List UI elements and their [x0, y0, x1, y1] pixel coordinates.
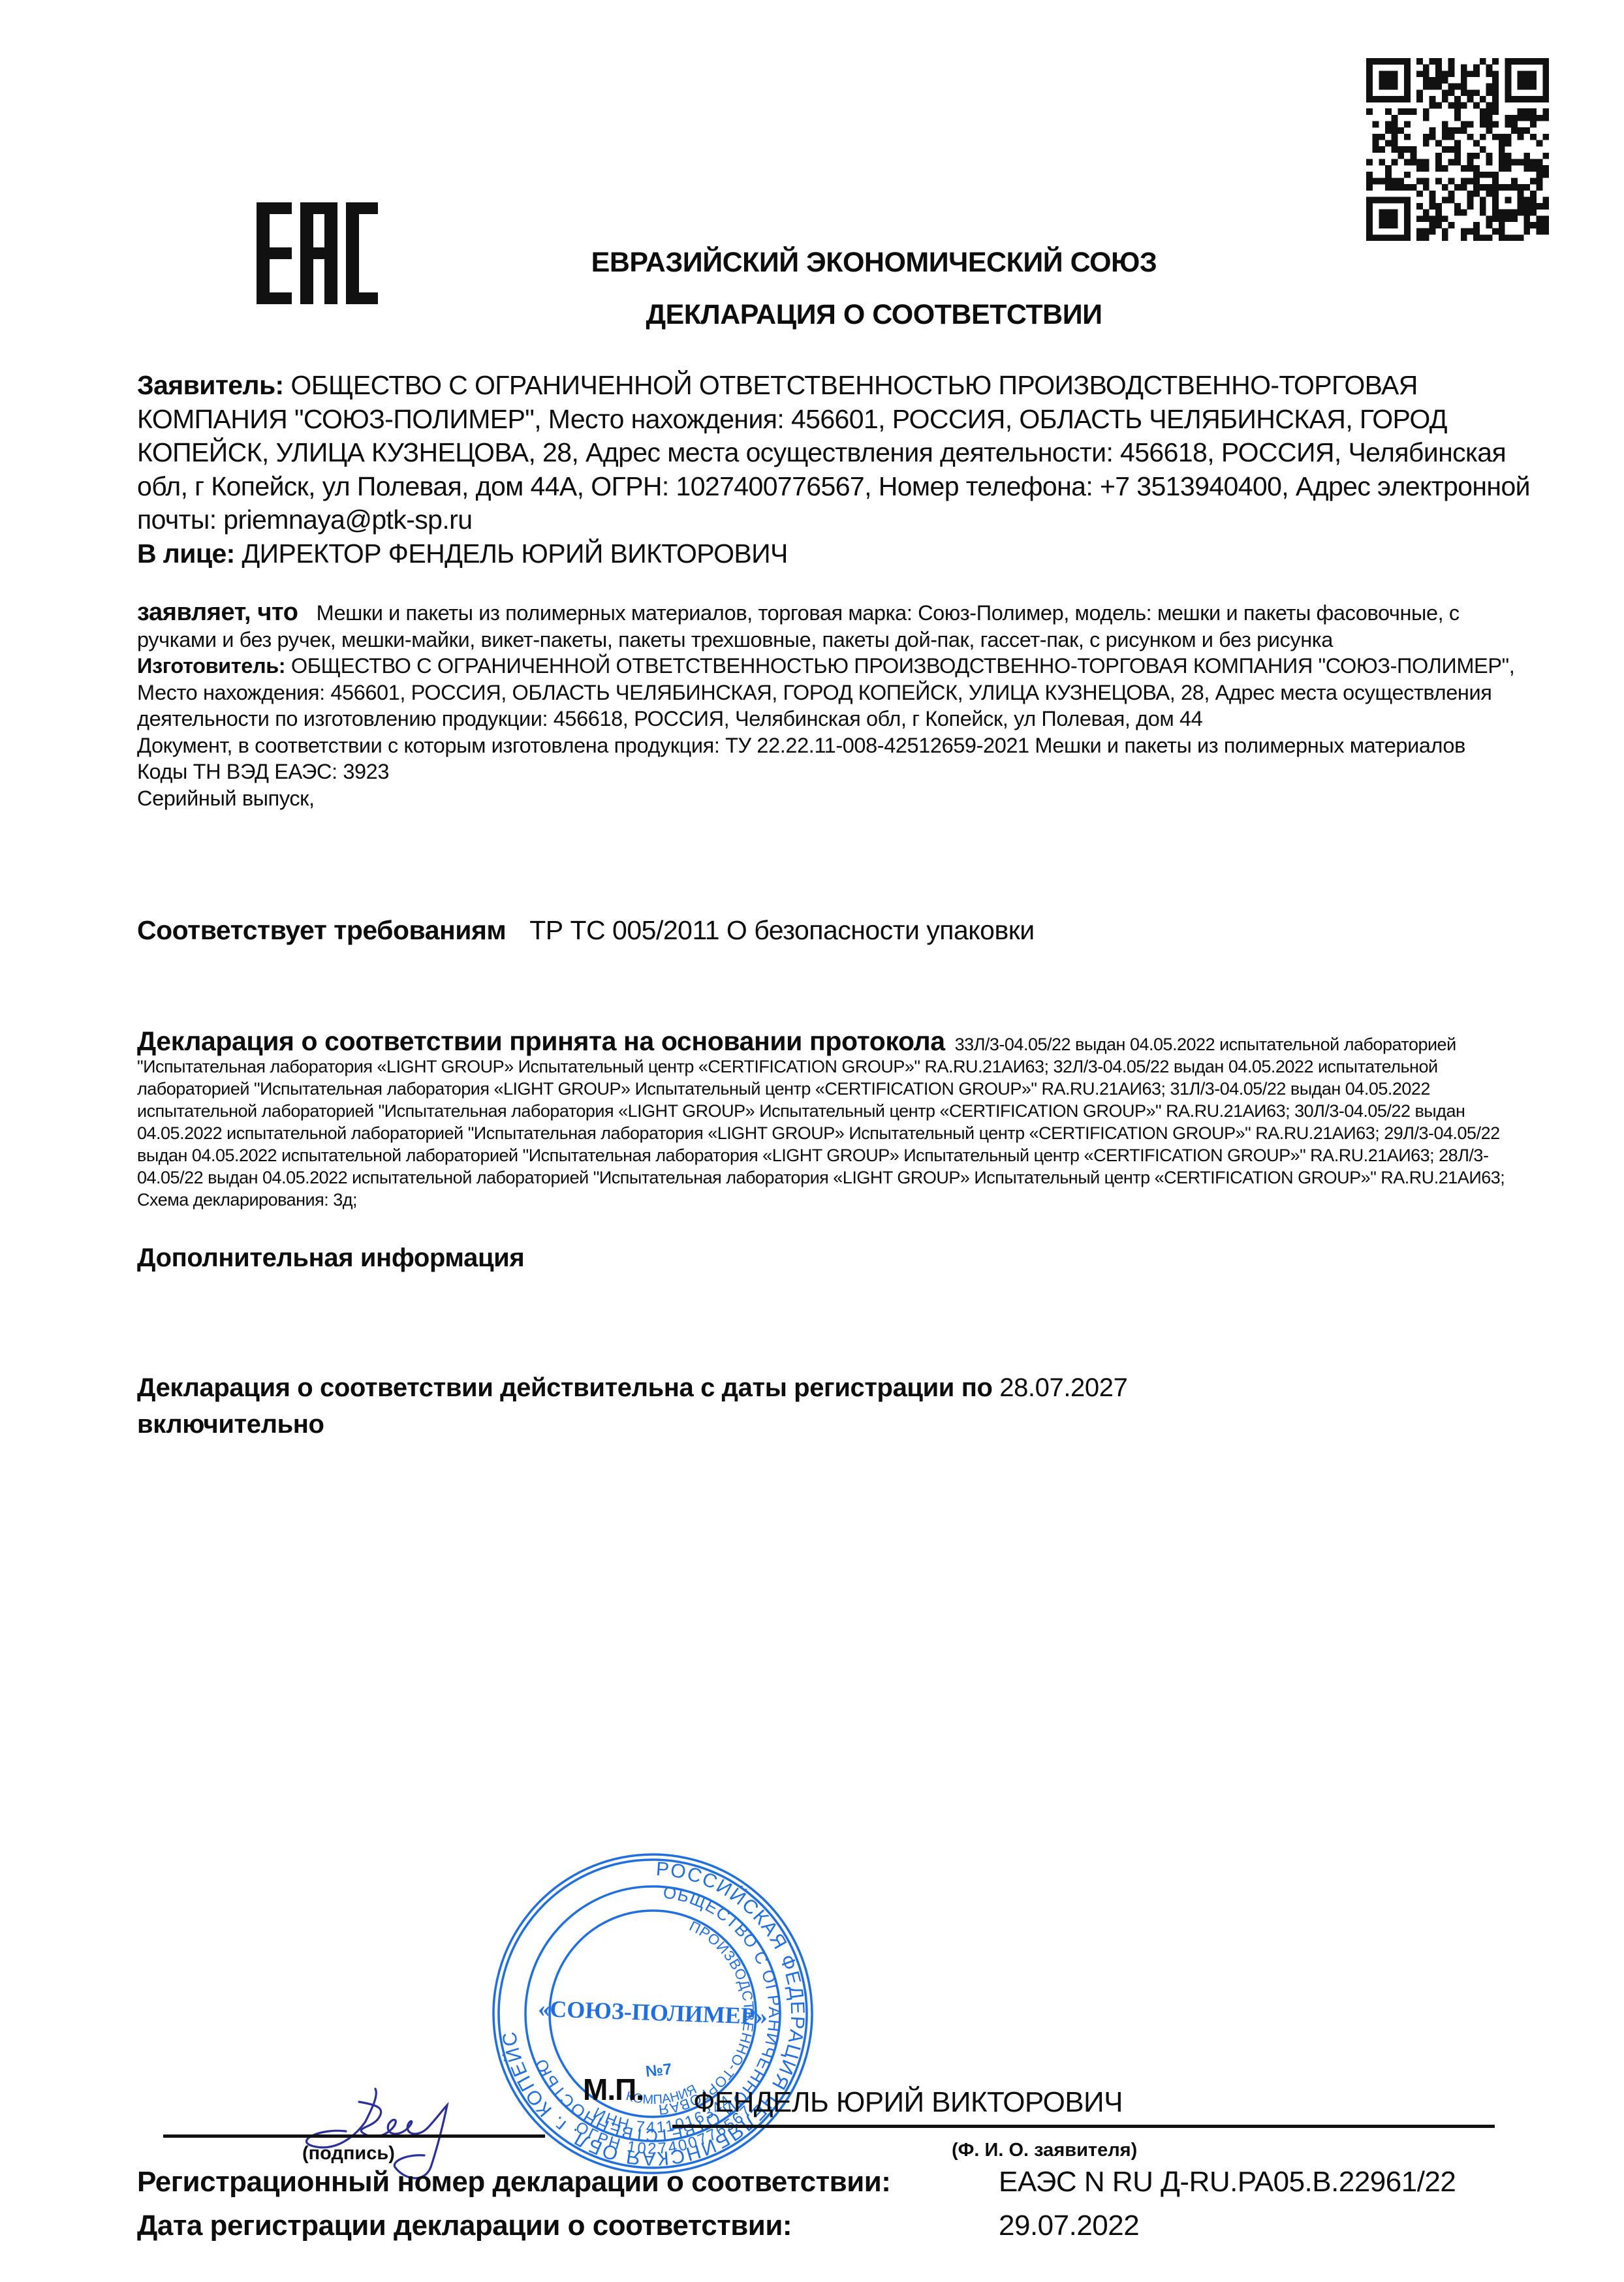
signatory-name: ФЕНДЕЛЬ ЮРИЙ ВИКТОРОВИЧ	[693, 2086, 1123, 2119]
signature-caption: (подпись)	[302, 2143, 395, 2165]
applicant-text: ОБЩЕСТВО С ОГРАНИЧЕННОЙ ОТВЕТСТВЕННОСТЬЮ…	[137, 370, 1530, 535]
manufacturer-text: ОБЩЕСТВО С ОГРАНИЧЕННОЙ ОТВЕТСТВЕННОСТЬЮ…	[137, 654, 1514, 730]
union-heading: ЕВРАЗИЙСКИЙ ЭКОНОМИЧЕСКИЙ СОЮЗ	[0, 247, 1624, 279]
svg-text:«СОЮЗ-ПОЛИМЕР»: «СОЮЗ-ПОЛИМЕР»	[538, 1995, 768, 2029]
conformity-line: Соответствует требованиямТР ТС 005/2011 …	[137, 915, 1534, 946]
company-stamp-icon: РОССИЙСКАЯ ФЕДЕРАЦИЯ ЧЕЛЯБИНСКАЯ ОБЛ. г.…	[473, 1834, 832, 2193]
document-title: ДЕКЛАРАЦИЯ О СООТВЕТСТВИИ	[0, 299, 1624, 331]
name-line	[672, 2125, 1495, 2128]
manufacturer-label: Изготовитель:	[137, 654, 285, 678]
represented-label: В лице:	[137, 539, 235, 569]
protocol-label: Декларация о соответствии принята на осн…	[137, 1026, 945, 1056]
registration-date-label: Дата регистрации декларации о соответств…	[137, 2210, 792, 2242]
seal-place-label: М.П.	[583, 2072, 644, 2107]
protocol-text: 33Л/3-04.05/22 выдан 04.05.2022 испытате…	[137, 1035, 1505, 1210]
registration-date: 29.07.2022	[999, 2210, 1139, 2242]
hs-codes: Коды ТН ВЭД ЕАЭС: 3923	[137, 758, 1527, 785]
name-caption: (Ф. И. О. заявителя)	[952, 2140, 1137, 2161]
validity-suffix: включительно	[137, 1410, 324, 1439]
production-type: Серийный выпуск,	[137, 785, 1527, 812]
declares-label: заявляет, что	[137, 599, 298, 626]
registration-number: ЕАЭС N RU Д-RU.РА05.В.22961/22	[999, 2166, 1456, 2198]
conformity-label: Соответствует требованиям	[137, 915, 506, 945]
qr-code-icon	[1366, 57, 1549, 242]
represented-by: ДИРЕКТОР ФЕНДЕЛЬ ЮРИЙ ВИКТОРОВИЧ	[242, 539, 788, 569]
product-text: Мешки и пакеты из полимерных материалов,…	[137, 601, 1460, 651]
protocol-block: Декларация о соответствии принята на осн…	[137, 1030, 1527, 1211]
additional-info-heading: Дополнительная информация	[137, 1243, 524, 1273]
applicant-block: Заявитель: ОБЩЕСТВО С ОГРАНИЧЕННОЙ ОТВЕТ…	[137, 369, 1534, 570]
manufacturer-paragraph: Изготовитель: ОБЩЕСТВО С ОГРАНИЧЕННОЙ ОТ…	[137, 653, 1527, 732]
validity-block: Декларация о соответствии действительна …	[137, 1369, 1377, 1443]
signature-line	[163, 2134, 545, 2138]
applicant-label: Заявитель:	[137, 370, 284, 400]
product-paragraph: заявляет, чтоМешки и пакеты из полимерны…	[137, 599, 1527, 653]
registration-number-label: Регистрационный номер декларации о соотв…	[137, 2166, 890, 2198]
declaration-block: заявляет, чтоМешки и пакеты из полимерны…	[137, 599, 1527, 811]
validity-label: Декларация о соответствии действительна …	[137, 1373, 993, 1402]
conformity-value: ТР ТС 005/2011 О безопасности упаковки	[529, 915, 1034, 945]
svg-text:№7: №7	[645, 2060, 673, 2080]
document-basis: Документ, в соответствии с которым изгот…	[137, 732, 1527, 759]
validity-date: 28.07.2027	[999, 1373, 1127, 1402]
